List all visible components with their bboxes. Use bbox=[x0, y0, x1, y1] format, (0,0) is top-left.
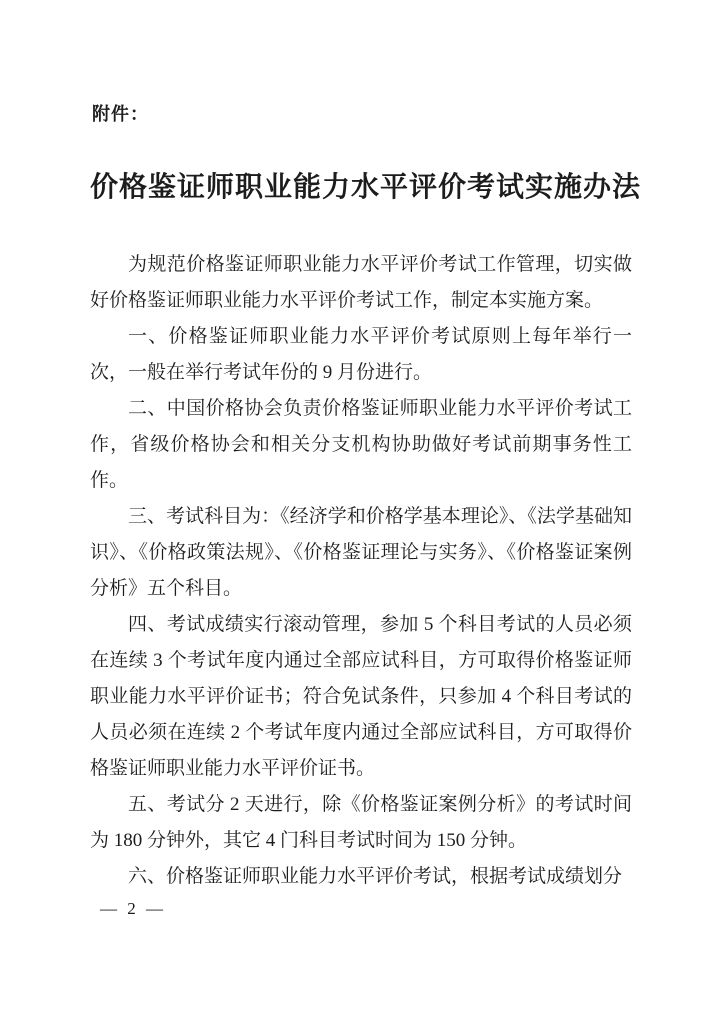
paragraph-item-5: 五、考试分 2 天进行，除《价格鉴证案例分析》的考试时间为 180 分钟外，其它… bbox=[90, 787, 632, 859]
document-title: 价格鉴证师职业能力水平评价考试实施办法 bbox=[90, 165, 632, 205]
paragraph-intro: 为规范价格鉴证师职业能力水平评价考试工作管理，切实做好价格鉴证师职业能力水平评价… bbox=[90, 247, 632, 319]
page-number: — 2 — bbox=[100, 899, 166, 919]
document-page: 附件： 价格鉴证师职业能力水平评价考试实施办法 为规范价格鉴证师职业能力水平评价… bbox=[0, 0, 723, 1024]
paragraph-item-6: 六、价格鉴证师职业能力水平评价考试，根据考试成绩划分 bbox=[90, 859, 632, 895]
attachment-label: 附件： bbox=[92, 100, 149, 126]
paragraph-item-1: 一、价格鉴证师职业能力水平评价考试原则上每年举行一次，一般在举行考试年份的 9 … bbox=[90, 319, 632, 391]
paragraph-item-2: 二、中国价格协会负责价格鉴证师职业能力水平评价考试工作，省级价格协会和相关分支机… bbox=[90, 391, 632, 499]
document-body: 为规范价格鉴证师职业能力水平评价考试工作管理，切实做好价格鉴证师职业能力水平评价… bbox=[90, 247, 632, 895]
paragraph-item-3: 三、考试科目为：《经济学和价格学基本理论》、《法学基础知识》、《价格政策法规》、… bbox=[90, 499, 632, 607]
paragraph-item-4: 四、考试成绩实行滚动管理，参加 5 个科目考试的人员必须在连续 3 个考试年度内… bbox=[90, 607, 632, 787]
